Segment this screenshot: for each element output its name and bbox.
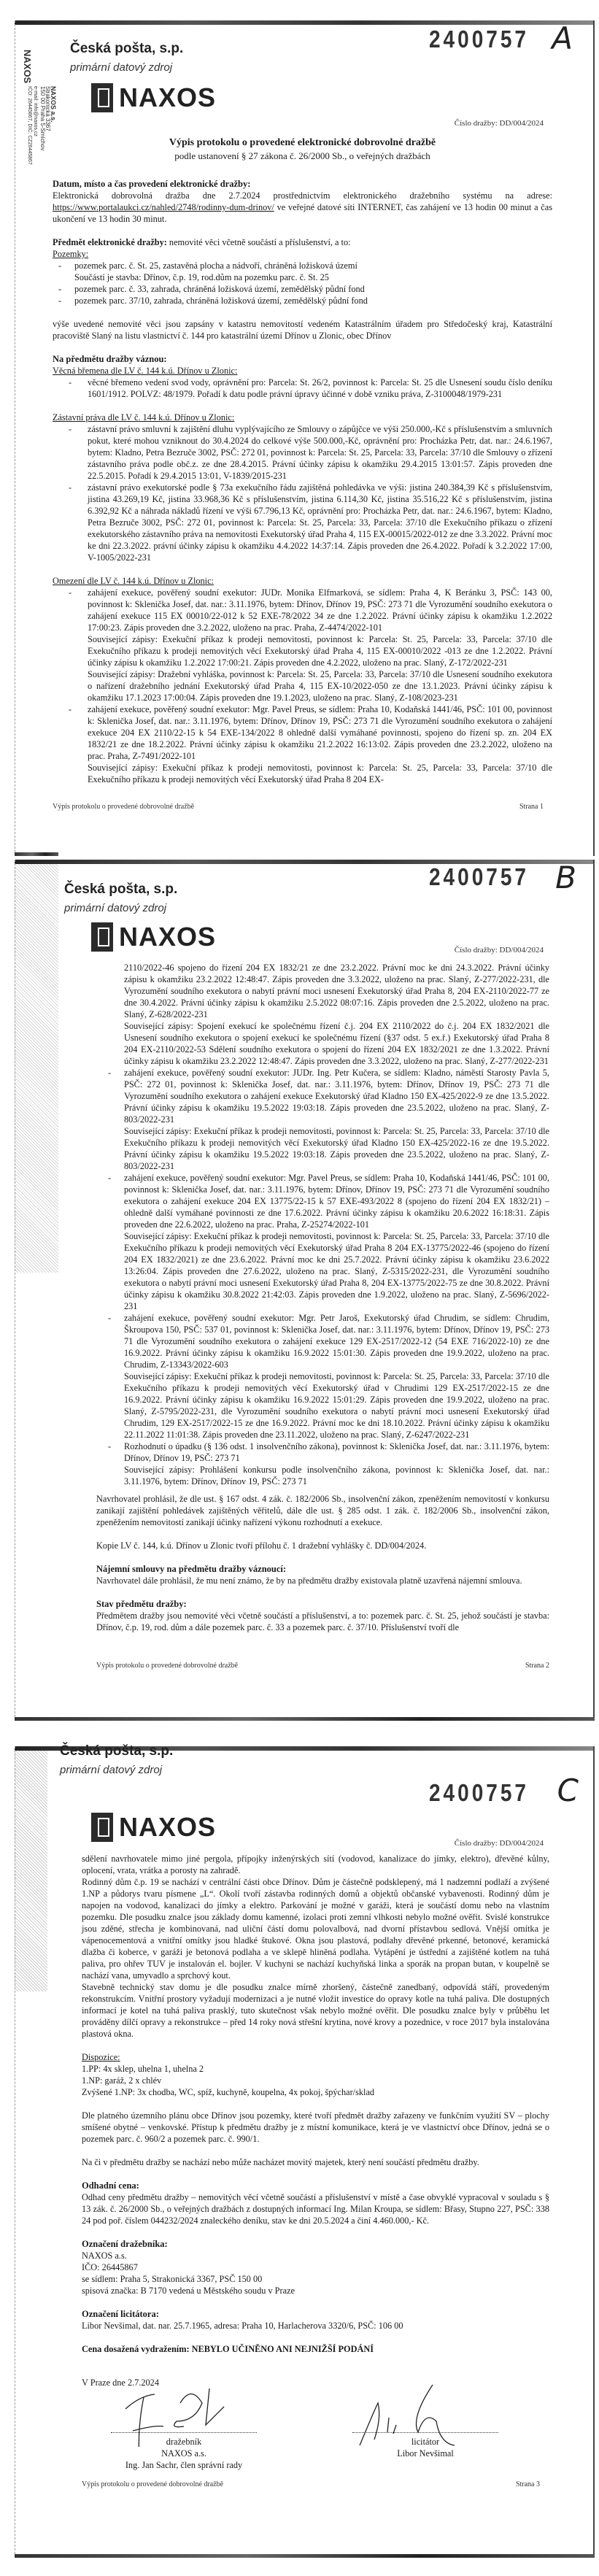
related-entry: Související zápisy: Exekuční příkaz k pr… bbox=[124, 1125, 549, 1172]
page-3-body: sdělení navrhovatele mimo jiné pergola, … bbox=[82, 1853, 549, 2471]
page-1: NAXOS NAXOS a.s. Strakonická 3367 150 00… bbox=[15, 20, 595, 856]
side-stamp-city: 150 00 Praha 5-Smíchov bbox=[39, 86, 46, 151]
auction-number: Číslo dražby: DD/004/2024 bbox=[455, 119, 544, 128]
restriction-item: zahájení exekuce, pověřený soudní exekut… bbox=[88, 587, 552, 703]
page-3: Česká pošta, s.p. primární datový zdroj … bbox=[15, 1746, 595, 2558]
section-encumbrances: Na předmětu dražby váznou: Věcná břemena… bbox=[53, 353, 552, 400]
page-footer: Výpis protokolu o provedené dobrovolné d… bbox=[53, 803, 544, 811]
auction-number: Číslo dražby: DD/004/2024 bbox=[455, 946, 544, 955]
naxos-logo-icon bbox=[91, 83, 113, 112]
page-2: 2400757 B Česká pošta, s.p. primární dat… bbox=[15, 860, 595, 1721]
naxos-logo-icon bbox=[91, 922, 113, 952]
section-date-place: Datum, místo a čas provedení elektronick… bbox=[53, 178, 552, 225]
land-item: pozemek parc. č. 33, zahrada, chráněná l… bbox=[74, 283, 552, 295]
section-leases: Nájemní smlouvy na předmětu dražby vázno… bbox=[96, 1563, 549, 1586]
layout-row: 1.PP: 4x sklep, uhelna 1, uhelna 2 bbox=[82, 2063, 549, 2075]
stamp-number: 2400757 bbox=[429, 1779, 529, 1807]
related-entry: Související zápisy: Spojení exekucí ke s… bbox=[124, 1020, 549, 1067]
page-number: Strana 1 bbox=[519, 803, 544, 811]
document-title: Výpis protokolu o provedené elektronické… bbox=[53, 137, 552, 149]
page-letter: C bbox=[557, 1773, 579, 1808]
restriction-item: zahájení exekuce, pověřený soudní exekut… bbox=[124, 1172, 549, 1312]
restrictions-list: zahájení exekuce, pověřený soudní exekut… bbox=[53, 587, 552, 785]
movables-note: Na či v předmětu dražby se nachází nebo … bbox=[82, 2156, 549, 2168]
section-licitator: Označení licitátora: Libor Nevšimal, dat… bbox=[82, 2308, 549, 2332]
data-source: primární datový zdroj bbox=[70, 61, 183, 74]
lien-item: zástavní právo exekutorské podle § 73a e… bbox=[88, 482, 552, 563]
easements-list: věcné břemeno vedení svod vody, oprávněn… bbox=[53, 377, 552, 400]
section-restrictions: Omezení dle LV č. 144 k.ú. Dřínov u Zlon… bbox=[53, 575, 552, 785]
easement-item: věcné břemeno vedení svod vody, oprávněn… bbox=[88, 377, 552, 400]
naxos-logo: NAXOS bbox=[91, 82, 216, 113]
page-number: Strana 2 bbox=[525, 1662, 549, 1670]
restriction-item: Rozhodnutí o úpadku (§ 136 odst. 1 insol… bbox=[124, 1441, 549, 1487]
auction-result: Cena dosažená vydražením: NEBYLO UČINĚNO… bbox=[82, 2343, 549, 2355]
auction-number: Číslo dražby: DD/004/2024 bbox=[455, 1839, 544, 1848]
related-entry: Související zápisy: Dražební vyhláška, p… bbox=[88, 668, 552, 703]
scan-edge-left bbox=[15, 1746, 16, 2558]
ceska-posta-header: Česká pošta, s.p. primární datový zdroj bbox=[70, 41, 183, 74]
section-state: Stav předmětu dražby: Předmětem dražby j… bbox=[96, 1598, 549, 1633]
stamp-number: 2400757 bbox=[429, 26, 529, 53]
restriction-item: zahájení exekuce, pověřený soudní exekut… bbox=[88, 703, 552, 785]
state-paragraph: Stavebně technický stav domu je dle posu… bbox=[82, 1981, 549, 2040]
scan-edge-right bbox=[593, 860, 595, 1721]
scan-noise bbox=[15, 1751, 47, 1991]
footer-label: Výpis protokolu o provedené dobrovolné d… bbox=[53, 803, 194, 811]
section-liens: Zástavní práva dle LV č. 144 k.ú. Dřínov… bbox=[53, 412, 552, 563]
related-entry: Související zápisy: Exekuční příkaz k pr… bbox=[88, 633, 552, 668]
scan-edge-right bbox=[593, 20, 595, 856]
page-number: Strana 3 bbox=[516, 2480, 540, 2488]
stamp-number: 2400757 bbox=[429, 863, 529, 891]
scan-noise bbox=[15, 864, 58, 1273]
sender-name: Česká pošta, s.p. bbox=[70, 41, 183, 57]
page-footer: Výpis protokolu o provedené dobrovolné d… bbox=[96, 1662, 549, 1670]
side-stamp-ids: IČO: 26445867, DIČ: CZ26445867 bbox=[27, 86, 32, 165]
document-subtitle: podle ustanovení § 27 zákona č. 26/2000 … bbox=[53, 150, 552, 162]
signature-area: dražebník NAXOS a.s. Ing. Jan Sachr, čle… bbox=[82, 2432, 549, 2471]
related-entry: Související zápisy: Exekuční příkaz k pr… bbox=[124, 1370, 549, 1441]
naxos-logo-icon bbox=[91, 1813, 113, 1842]
section-layout: Dispozice: 1.PP: 4x sklep, uhelna 1, uhe… bbox=[82, 2051, 549, 2098]
page-2-body-lower: Navrhovatel prohlásil, že dle ust. § 167… bbox=[96, 1493, 549, 1633]
scan-edge-left bbox=[15, 860, 16, 1721]
side-stamp-brand: NAXOS bbox=[22, 50, 33, 83]
continuation-text: 2110/2022-46 spojeno do řízení 204 EX 18… bbox=[124, 962, 549, 1020]
ceska-posta-header: Česká pošta, s.p. primární datový zdroj bbox=[60, 1743, 173, 1776]
restrictions-label: Omezení dle LV č. 144 k.ú. Dřínov u Zlon… bbox=[53, 575, 552, 587]
scan-edge-bottom bbox=[15, 2554, 595, 2558]
land-item: pozemek parc. 37/10, zahrada, chráněná l… bbox=[74, 295, 552, 306]
footer-label: Výpis protokolu o provedené dobrovolné d… bbox=[96, 1662, 238, 1670]
page-1-body: Výpis protokolu o provedené elektronické… bbox=[53, 137, 552, 785]
section-auctioneer: Označení dražebníka: NAXOS a.s. IČO: 264… bbox=[82, 2238, 549, 2297]
lien-item: zástavní právo smluvní k zajištění dluhu… bbox=[88, 423, 552, 482]
section-valuation: Odhadní cena: Odhad ceny předmětu dražby… bbox=[82, 2180, 549, 2226]
signature-auctioneer: dražebník NAXOS a.s. Ing. Jan Sachr, čle… bbox=[111, 2432, 257, 2471]
insolvency-declaration: Navrhovatel prohlásil, že dle ust. § 167… bbox=[96, 1493, 549, 1528]
liens-label: Zástavní práva dle LV č. 144 k.ú. Dřínov… bbox=[53, 412, 552, 423]
scan-edge-bottom bbox=[15, 1717, 595, 1721]
related-entry: Související zápisy: Exekuční příkaz k pr… bbox=[88, 762, 552, 785]
signature-scribble-icon bbox=[352, 2381, 513, 2447]
lv-copy-note: Kopie LV č. 144, k.ú. Dřínov u Zlonic tv… bbox=[96, 1540, 549, 1551]
section-subject: Předmět elektronické dražby: nemovité vě… bbox=[53, 236, 552, 342]
signature-licitator: licitátor Libor Nevšimal bbox=[352, 2432, 498, 2471]
easements-label: Věcná břemena dle LV č. 144 k.ú. Dřínov … bbox=[53, 365, 552, 377]
state-paragraph: Rodinný dům č.p. 19 se nachází v centrál… bbox=[82, 1876, 549, 1981]
zoning-note: Dle platného územního plánu obce Dřínov … bbox=[82, 2110, 549, 2145]
scan-edge-left bbox=[15, 20, 16, 856]
restriction-item: zahájení exekuce, pověřený soudní exekut… bbox=[124, 1312, 549, 1441]
page-2-body: 2110/2022-46 spojeno do řízení 204 EX 18… bbox=[124, 962, 549, 1487]
lands-label: Pozemky: bbox=[53, 248, 552, 260]
related-entry: Související zápisy: Prohlášení konkursu … bbox=[124, 1464, 549, 1487]
auction-url-link[interactable]: https://www.portalaukci.cz/nahled/2748/r… bbox=[53, 202, 274, 212]
lands-list: pozemek parc. č. St. 25, zastavěná ploch… bbox=[53, 260, 552, 306]
scan-edge-bottom bbox=[15, 852, 58, 856]
section-heading: Datum, místo a čas provedení elektronick… bbox=[53, 178, 552, 190]
layout-row: Zvýšené 1.NP: 3x chodba, WC, spíž, kuchy… bbox=[82, 2086, 549, 2098]
land-item: pozemek parc. č. St. 25, zastavěná ploch… bbox=[74, 260, 552, 283]
liens-list: zástavní právo smluvní k zajištění dluhu… bbox=[53, 423, 552, 563]
page-footer: Výpis protokolu o provedené dobrovolné d… bbox=[82, 2480, 540, 2488]
state-paragraph: sdělení navrhovatele mimo jiné pergola, … bbox=[82, 1853, 549, 1876]
page-letter: A bbox=[552, 20, 573, 56]
restrictions-list: zahájení exekuce, pověřený soudní exekut… bbox=[124, 1067, 549, 1487]
ceska-posta-header: Česká pošta, s.p. primární datový zdroj bbox=[64, 882, 177, 914]
cadastre-note: výše uvedené nemovité věci jsou zapsány … bbox=[53, 318, 552, 342]
footer-label: Výpis protokolu o provedené dobrovolné d… bbox=[82, 2480, 223, 2488]
naxos-logo: NAXOS bbox=[91, 1812, 216, 1843]
scan-edge-top bbox=[15, 20, 595, 25]
restriction-item: zahájení exekuce, pověřený soudní exekut… bbox=[124, 1067, 549, 1172]
related-entry: Související zápisy: Exekuční příkaz k pr… bbox=[124, 1230, 549, 1312]
scan-edge-right bbox=[593, 1746, 595, 2558]
side-stamp-email: e-mail: info@naxos.cz bbox=[33, 86, 38, 136]
naxos-logo: NAXOS bbox=[91, 922, 216, 952]
page-letter: B bbox=[555, 860, 576, 895]
layout-row: 1.NP: garáž, 2 x chlév bbox=[82, 2075, 549, 2086]
signature-scribble-icon bbox=[111, 2381, 257, 2447]
